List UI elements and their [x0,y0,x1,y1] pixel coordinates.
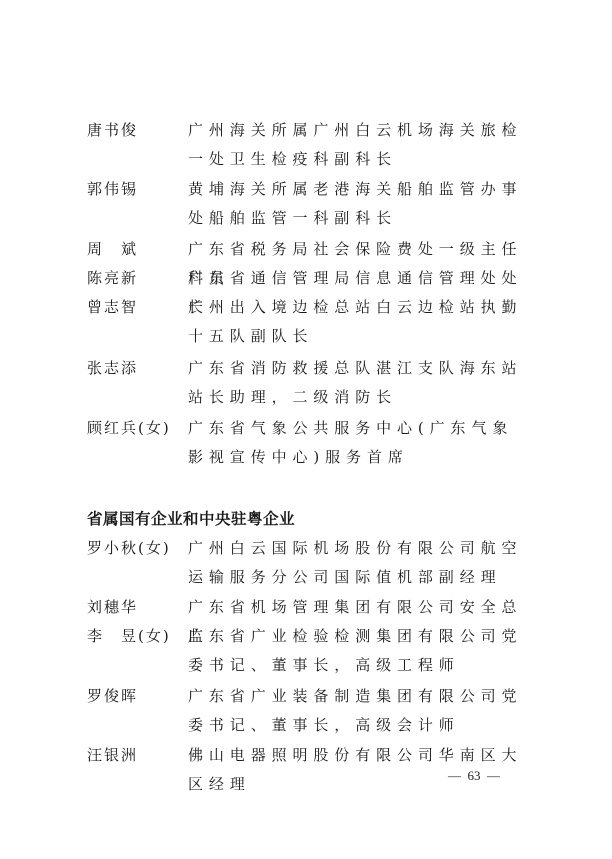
person-title: 广州白云国际机场股份有限公司航空运输服务分公司国际值机部副经理 [188,534,533,592]
person-name: 刘穗华 [87,593,187,622]
person-name: 曾志智 [87,293,187,322]
person-title: 广州海关所属广州白云机场海关旅检一处卫生检疫科副科长 [188,116,533,174]
person-name: 陈亮新 [87,264,187,293]
person-title: 广州出入境边检总站白云边检站执勤十五队副队长 [188,293,533,351]
person-name: 张志添 [87,354,187,383]
person-title: 黄埔海关所属老港海关船舶监管办事处船舶监管一科副科长 [188,175,533,233]
person-name: 李 昱(女) [87,622,187,651]
person-name: 汪银洲 [87,741,187,770]
section-heading: 省属国有企业和中央驻粤企业 [87,507,295,529]
person-name: 唐书俊 [87,116,187,145]
page-number: — 63 — [448,768,500,784]
person-name: 罗小秋(女) [87,534,187,563]
person-title: 广东省气象公共服务中心(广东气象影视宣传中心)服务首席 [188,414,533,472]
person-name: 郭伟锡 [87,175,187,204]
person-title: 广东省广业检验检测集团有限公司党委书记、董事长，高级工程师 [188,622,533,680]
person-name: 罗俊晖 [87,682,187,711]
person-name: 周 斌 [87,235,187,264]
document-page: 唐书俊 广州海关所属广州白云机场海关旅检一处卫生检疫科副科长 郭伟锡 黄埔海关所… [0,0,612,859]
person-title: 广东省广业装备制造集团有限公司党委书记、董事长，高级会计师 [188,682,533,740]
person-name: 顾红兵(女) [87,414,187,443]
person-title: 广东省消防救援总队湛江支队海东站站长助理，二级消防长 [188,354,533,412]
